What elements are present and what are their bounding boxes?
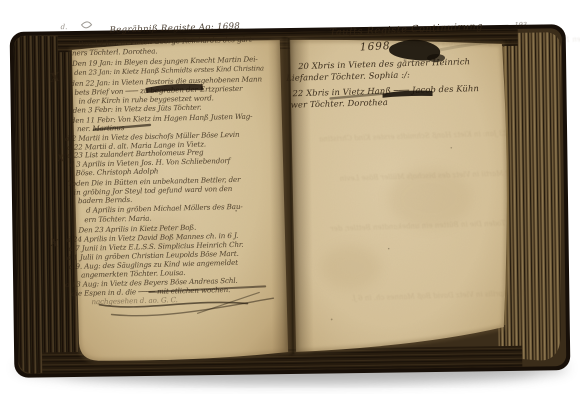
right-page-year: 1698 xyxy=(360,41,391,53)
right-page-header: Taufts Registe Continuirung xyxy=(330,22,484,38)
manuscript-line: Böse. Christoph Adolph xyxy=(76,167,159,176)
manuscript-line: d Aprilis in gröben Michael Möllers des … xyxy=(86,203,243,214)
manuscript-line: in gröbing Jor Steyl tod gefund ward von… xyxy=(74,185,232,196)
handwriting-layer: d. Begräbniß Registe Ao: 1698 Den 13 Jan… xyxy=(0,0,580,397)
manuscript-line: Den 13 Jan: in Vieten George Reinhardts … xyxy=(78,36,254,48)
register-entry: 20 Xbris in Vieten des gärtner Heinrich xyxy=(298,57,470,70)
manuscript-line: ern Töchter. Maria. xyxy=(84,215,151,224)
bleedthrough-line: den 23 Jan: in Kietz Hanß Schmidts erste… xyxy=(319,130,523,143)
register-entry: Liefander Töchter. Sophia :/: xyxy=(286,70,410,82)
register-entry: wer Töchter. Dorothea xyxy=(291,98,388,109)
manuscript-line: ners Töchterl. Dorothea. xyxy=(72,47,158,56)
margin-x-mark: X xyxy=(50,239,59,250)
register-entry: 22 Xbris in Vietz Hanß ─── Jacob des Küh… xyxy=(292,84,479,98)
margin-x-mark: X xyxy=(57,155,64,164)
page-number: 193. xyxy=(515,22,530,29)
bleedthrough-line: Den 13 Jan: in Vieten George Reinhardts … xyxy=(408,36,580,49)
manuscript-line: nachgesehen d. ao. G. C. xyxy=(91,296,178,305)
bleedthrough-line: Toden Die in Bütten ein unbekandten Bett… xyxy=(330,220,505,232)
manuscript-line: den 11 Febr: Von Kietz im Hagen Hanß Jus… xyxy=(71,113,253,125)
left-page-header: Begräbniß Registe Ao: 1698 xyxy=(109,23,240,36)
margin-x-mark: X xyxy=(49,71,60,84)
manuscript-line: badern Bernds. xyxy=(78,196,132,205)
manuscript-line: ner. Martinus xyxy=(77,124,125,132)
bleedthrough-line: d 24 Aprilis in Vietz David Boß Mannes c… xyxy=(351,290,526,302)
left-corner-mark: d. xyxy=(61,24,68,31)
manuscript-book-photo: d. Begräbniß Registe Ao: 1698 Den 13 Jan… xyxy=(0,0,580,397)
bleedthrough-line: d 2 Martii in Vietz des bischofs Müller … xyxy=(340,170,517,183)
